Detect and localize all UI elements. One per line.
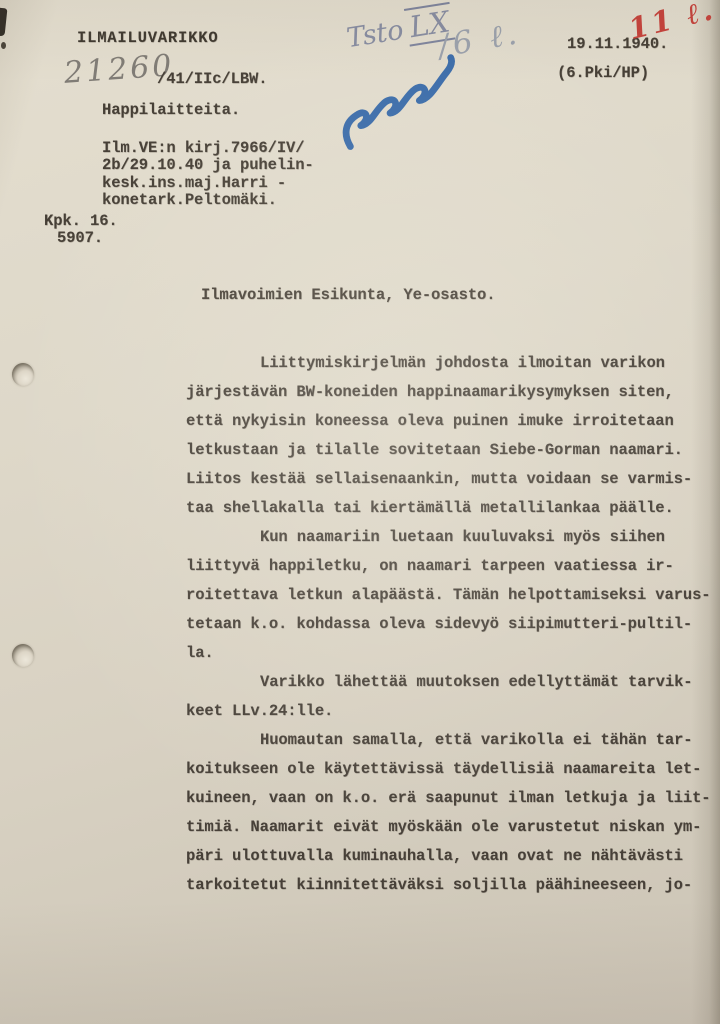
letter-body: Liittymiskirjelmän johdosta ilmoitan var… [186, 349, 710, 900]
red-sheet-note: 11 ℓ. [625, 0, 719, 47]
text-line: roitettava letkun alapäästä. Tämän helpo… [186, 581, 710, 610]
reference-block: Ilm.VE:n kirj.7966/IV/2b/29.10.40 ja puh… [102, 140, 314, 210]
hole-punch-top [12, 363, 34, 386]
text-line: tarkoitetut kiinnitettäväksi soljilla pä… [186, 871, 710, 900]
diary-number-typed: /41/IIc/LBW. [157, 70, 267, 88]
text-line: koitukseen ole käytettävissä täydellisiä… [186, 755, 710, 784]
text-line: päri ulottuvalla kuminauhalla, vaan ovat… [186, 842, 710, 871]
text-line: letkustaan ja tilalle sovitetaan Siebe-G… [186, 436, 710, 465]
text-line: Liittymiskirjelmän johdosta ilmoitan var… [186, 349, 710, 378]
recipient-line: Ilmavoimien Esikunta, Ye-osasto. [201, 286, 495, 304]
text-line: keet LLv.24:lle. [186, 697, 710, 726]
text-line: Varikko lähettää muutoksen edellyttämät … [186, 668, 710, 697]
text-line: kuineen, vaan on k.o. erä saapunut ilman… [186, 784, 710, 813]
text-line: la. [186, 639, 710, 668]
document-page: ILMAILUVARIKKO 21260 /41/IIc/LBW. Happil… [0, 0, 720, 1024]
text-line: Ilm.VE:n kirj.7966/IV/ [102, 140, 314, 157]
text-line: että nykyisin koneessa oleva puinen imuk… [186, 407, 710, 436]
text-line: järjestävän BW-koneiden happinaamarikysy… [186, 378, 710, 407]
text-line: Liitos kestää sellaisenaankin, mutta voi… [186, 465, 710, 494]
corner-ink-mark [0, 8, 7, 37]
field-post-number: Kpk. 16. [44, 212, 118, 230]
text-line: taa shellakalla tai kiertämällä metallil… [186, 494, 710, 523]
text-line: kesk.ins.maj.Harri - [102, 175, 314, 192]
drafter-initials: (6.Pki/HP) [557, 64, 649, 82]
text-line: liittyvä happiletku, on naamari tarpeen … [186, 552, 710, 581]
hole-punch-bottom [12, 644, 34, 667]
subject-line: Happilaitteita. [102, 101, 240, 119]
field-post-code: 5907. [57, 229, 103, 247]
text-line: timiä. Naamarit eivät myöskään ole varus… [186, 813, 710, 842]
text-line: konetark.Peltomäki. [102, 192, 314, 209]
signature-scribble-icon [342, 50, 457, 150]
text-line: tetaan k.o. kohdassa oleva sidevyö siipi… [186, 610, 710, 639]
text-line: Kun naamariin luetaan kuuluvaksi myös si… [186, 523, 710, 552]
text-line: Huomautan samalla, että varikolla ei täh… [186, 726, 710, 755]
corner-ink-dot [1, 42, 6, 49]
office-annotation-prefix: Tsto [344, 15, 405, 55]
org-name: ILMAILUVARIKKO [77, 29, 218, 47]
text-line: 2b/29.10.40 ja puhelin- [102, 157, 314, 174]
